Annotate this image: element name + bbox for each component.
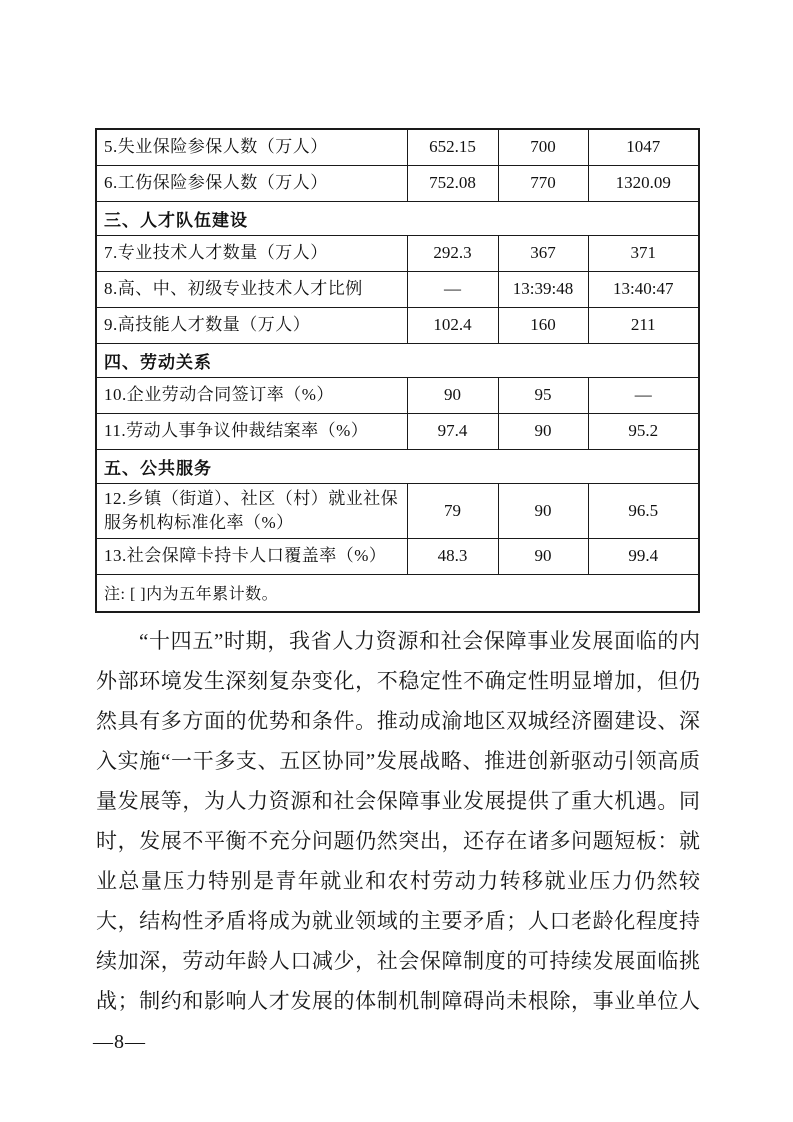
note-row: 注: [ ]内为五年累计数。 xyxy=(96,574,699,612)
indicator-label: 7.专业技术人才数量（万人） xyxy=(96,235,407,271)
paragraph-line: 业总量压力特别是青年就业和农村劳动力转移就业压力仍然较 xyxy=(96,861,700,901)
paragraph-line: 时，发展不平衡不充分问题仍然突出，还存在诸多问题短板：就 xyxy=(96,821,700,861)
section-title: 四、劳动关系 xyxy=(96,343,699,377)
page-number: —8— xyxy=(93,1031,146,1054)
section-row: 三、人才队伍建设 xyxy=(96,201,699,235)
paragraph-line: 外部环境发生深刻复杂变化，不稳定性不确定性明显增加，但仍 xyxy=(96,661,700,701)
value-cell: 700 xyxy=(498,129,588,165)
value-cell: 13:40:47 xyxy=(588,271,699,307)
table-row: 13.社会保障卡持卡人口覆盖率（%）48.39099.4 xyxy=(96,538,699,574)
table-row: 9.高技能人才数量（万人）102.4160211 xyxy=(96,307,699,343)
value-cell: 770 xyxy=(498,165,588,201)
value-cell: 13:39:48 xyxy=(498,271,588,307)
value-cell: 90 xyxy=(498,483,588,538)
indicator-label: 13.社会保障卡持卡人口覆盖率（%） xyxy=(96,538,407,574)
paragraph-line: 战；制约和影响人才发展的体制机制障碍尚未根除，事业单位人 xyxy=(96,981,700,1021)
table-row: 12.乡镇（街道）、社区（村）就业社保服务机构标准化率（%）799096.5 xyxy=(96,483,699,538)
value-cell: 90 xyxy=(498,538,588,574)
value-cell: — xyxy=(588,377,699,413)
indicator-label: 8.高、中、初级专业技术人才比例 xyxy=(96,271,407,307)
table-row: 5.失业保险参保人数（万人）652.157001047 xyxy=(96,129,699,165)
value-cell: 102.4 xyxy=(407,307,498,343)
value-cell: 367 xyxy=(498,235,588,271)
document-page: 5.失业保险参保人数（万人）652.1570010476.工伤保险参保人数（万人… xyxy=(0,0,793,1122)
indicator-label: 11.劳动人事争议仲裁结案率（%） xyxy=(96,413,407,449)
value-cell: 371 xyxy=(588,235,699,271)
value-cell: 99.4 xyxy=(588,538,699,574)
value-cell: 292.3 xyxy=(407,235,498,271)
body-paragraph: “十四五”时期，我省人力资源和社会保障事业发展面临的内外部环境发生深刻复杂变化，… xyxy=(96,621,700,1021)
value-cell: 160 xyxy=(498,307,588,343)
value-cell: 79 xyxy=(407,483,498,538)
table-row: 10.企业劳动合同签订率（%）9095— xyxy=(96,377,699,413)
section-row: 四、劳动关系 xyxy=(96,343,699,377)
value-cell: — xyxy=(407,271,498,307)
indicator-label: 9.高技能人才数量（万人） xyxy=(96,307,407,343)
value-cell: 211 xyxy=(588,307,699,343)
indicator-label: 6.工伤保险参保人数（万人） xyxy=(96,165,407,201)
value-cell: 90 xyxy=(407,377,498,413)
value-cell: 90 xyxy=(498,413,588,449)
table-row: 11.劳动人事争议仲裁结案率（%）97.49095.2 xyxy=(96,413,699,449)
value-cell: 752.08 xyxy=(407,165,498,201)
value-cell: 97.4 xyxy=(407,413,498,449)
indicator-label: 5.失业保险参保人数（万人） xyxy=(96,129,407,165)
paragraph-line: “十四五”时期，我省人力资源和社会保障事业发展面临的内 xyxy=(96,621,700,661)
value-cell: 48.3 xyxy=(407,538,498,574)
paragraph-line: 然具有多方面的优势和条件。推动成渝地区双城经济圈建设、深 xyxy=(96,701,700,741)
indicators-table-body: 5.失业保险参保人数（万人）652.1570010476.工伤保险参保人数（万人… xyxy=(96,129,699,612)
table-row: 6.工伤保险参保人数（万人）752.087701320.09 xyxy=(96,165,699,201)
table-note: 注: [ ]内为五年累计数。 xyxy=(96,574,699,612)
value-cell: 652.15 xyxy=(407,129,498,165)
section-title: 三、人才队伍建设 xyxy=(96,201,699,235)
paragraph-line: 大，结构性矛盾将成为就业领域的主要矛盾；人口老龄化程度持 xyxy=(96,901,700,941)
table-row: 7.专业技术人才数量（万人）292.3367371 xyxy=(96,235,699,271)
paragraph-line: 续加深，劳动年龄人口减少，社会保障制度的可持续发展面临挑 xyxy=(96,941,700,981)
indicator-label: 10.企业劳动合同签订率（%） xyxy=(96,377,407,413)
section-row: 五、公共服务 xyxy=(96,449,699,483)
value-cell: 1047 xyxy=(588,129,699,165)
section-title: 五、公共服务 xyxy=(96,449,699,483)
table-row: 8.高、中、初级专业技术人才比例—13:39:4813:40:47 xyxy=(96,271,699,307)
indicator-label: 12.乡镇（街道）、社区（村）就业社保服务机构标准化率（%） xyxy=(96,483,407,538)
paragraph-line: 量发展等，为人力资源和社会保障事业发展提供了重大机遇。同 xyxy=(96,781,700,821)
value-cell: 95 xyxy=(498,377,588,413)
indicators-table: 5.失业保险参保人数（万人）652.1570010476.工伤保险参保人数（万人… xyxy=(95,128,700,613)
value-cell: 95.2 xyxy=(588,413,699,449)
value-cell: 96.5 xyxy=(588,483,699,538)
value-cell: 1320.09 xyxy=(588,165,699,201)
paragraph-line: 入实施“一干多支、五区协同”发展战略、推进创新驱动引领高质 xyxy=(96,741,700,781)
